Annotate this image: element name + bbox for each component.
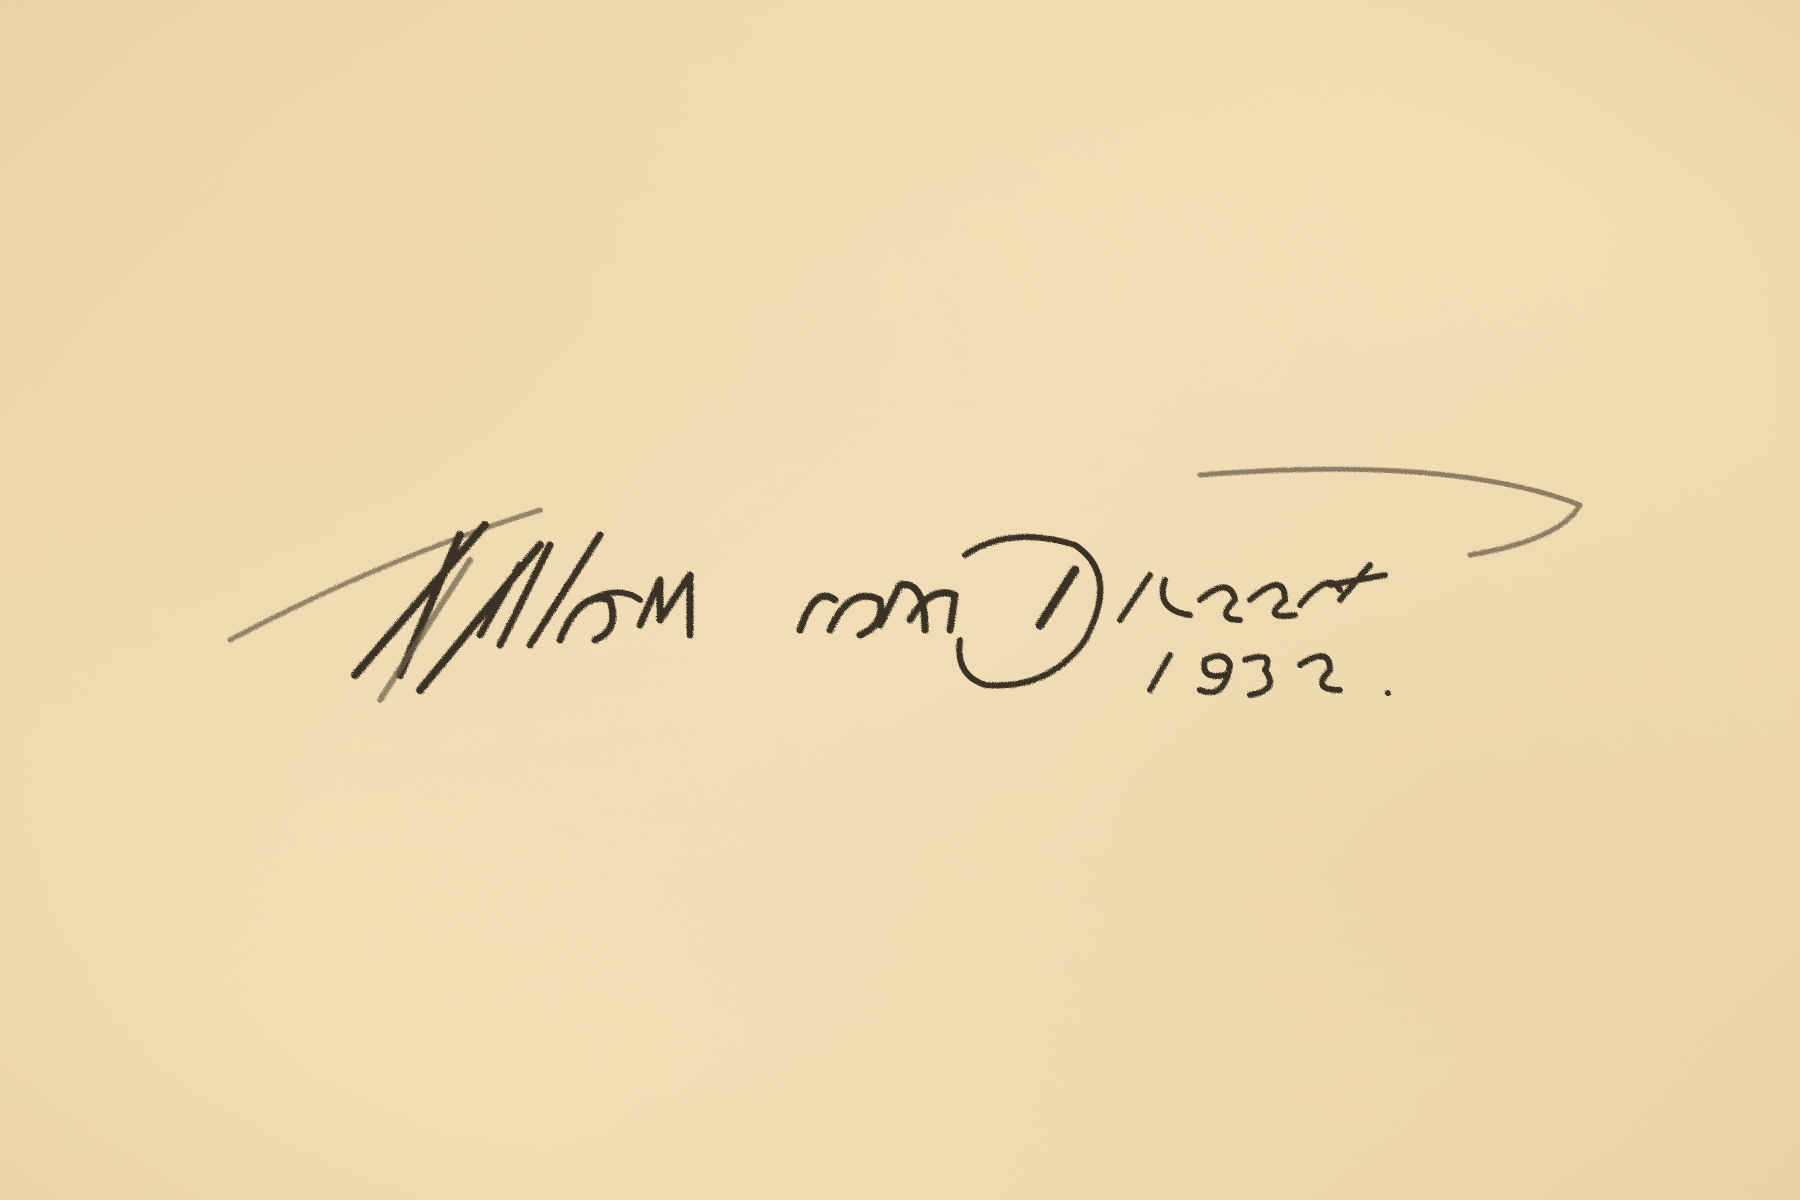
overhead-swash: [1200, 469, 1580, 555]
letters-resser: [1120, 565, 1385, 620]
signature-drawing: [0, 0, 1800, 1200]
aged-paper-background: William van Dresser 1932.: [0, 0, 1800, 1200]
letter-d-loop: [959, 537, 1100, 685]
date-period: [1385, 690, 1391, 696]
leading-flourish: [230, 510, 540, 640]
letter-w: [355, 525, 540, 690]
date-1932: [1150, 655, 1340, 695]
word-van: [800, 585, 955, 635]
letters-illiam: [480, 535, 690, 645]
